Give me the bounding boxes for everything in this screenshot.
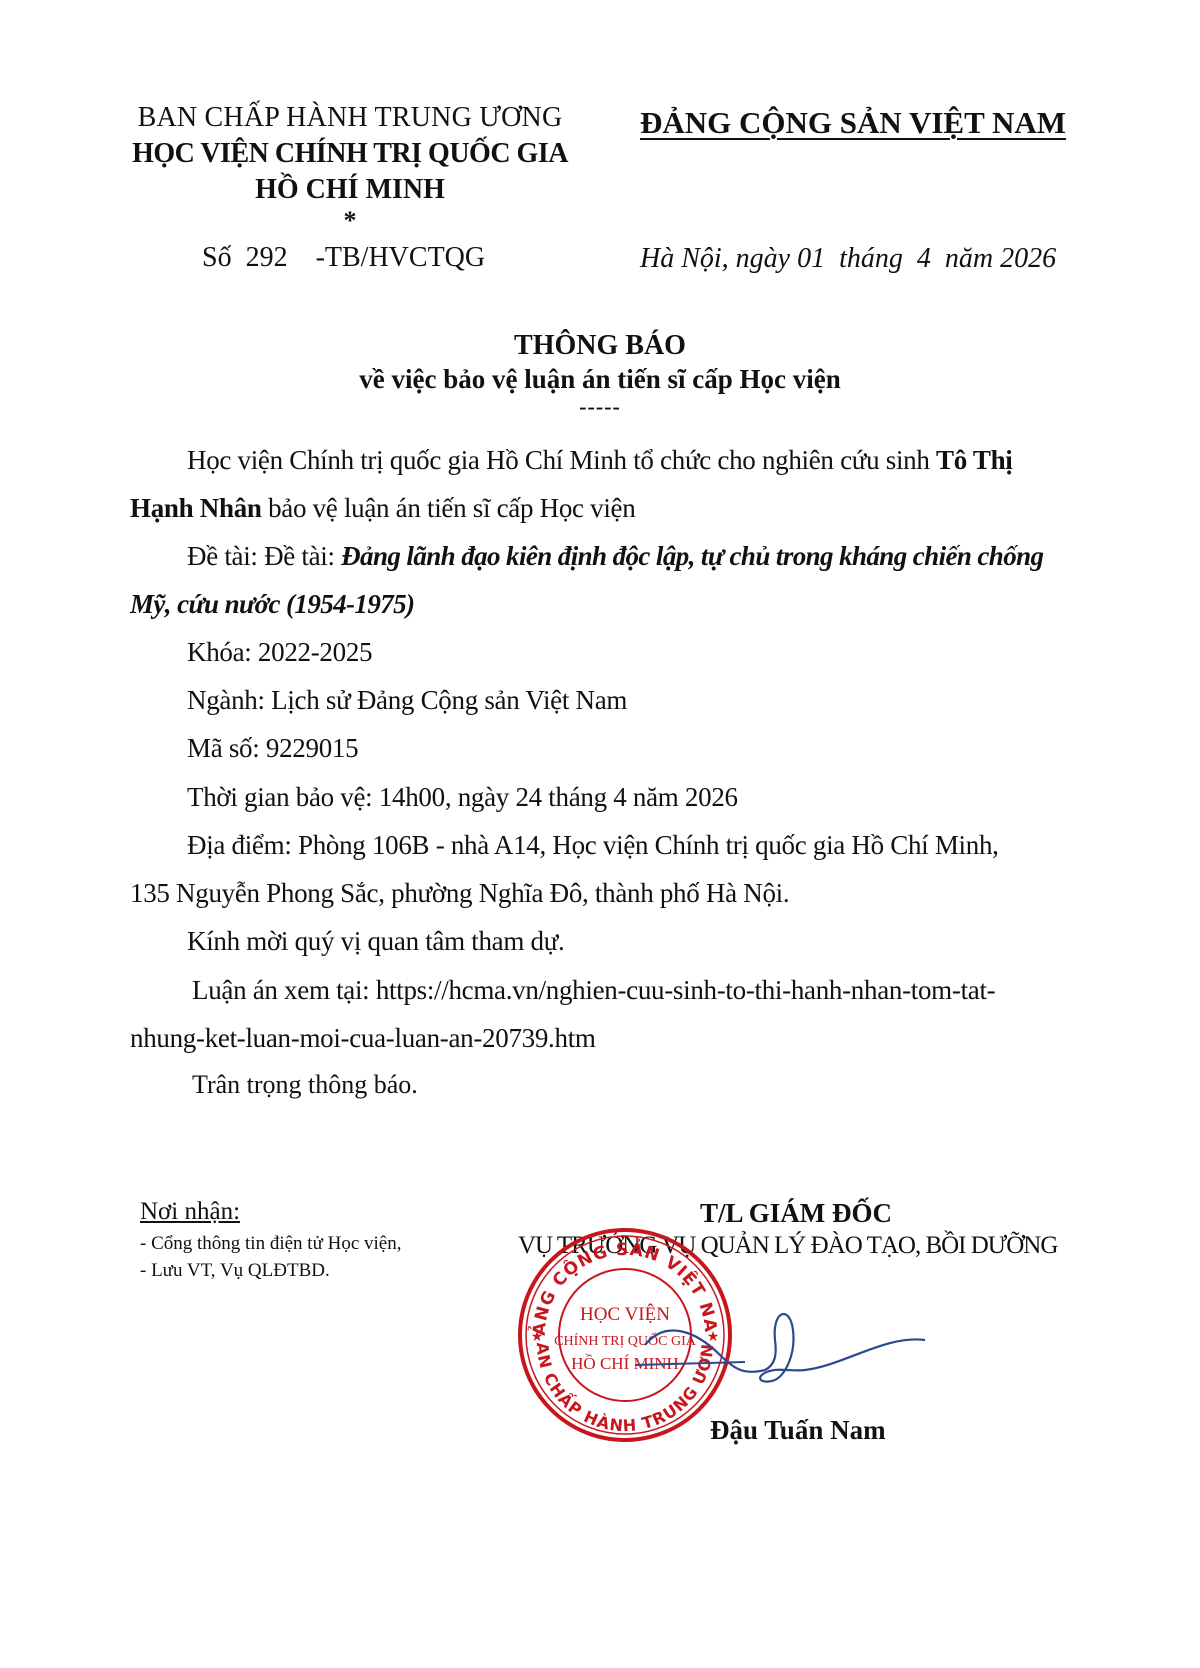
intro-paragraph-line-2: Hạnh Nhân bảo vệ luận án tiến sĩ cấp Học…: [130, 493, 1102, 524]
doc-number-value: 292: [246, 242, 288, 273]
thesis-link[interactable]: https://hcma.vn/nghien-cuu-sinh-to-thi-h…: [376, 975, 996, 1005]
doc-number-code: -TB/HVCTQG: [316, 242, 486, 273]
signer-name: Đậu Tuấn Nam: [710, 1415, 886, 1446]
document-subtitle: về việc bảo vệ luận án tiến sĩ cấp Học v…: [0, 364, 1200, 395]
date-month-label: tháng: [839, 243, 903, 274]
issue-date: Hà Nội, ngày 01 tháng 4 năm 2026: [640, 243, 1056, 275]
topic-line-2: Mỹ, cứu nước (1954-1975): [130, 589, 1102, 620]
intro-text-2: bảo vệ luận án tiến sĩ cấp Học viện: [262, 493, 636, 523]
defense-time-line: Thời gian bảo vệ: 14h00, ngày 24 tháng 4…: [130, 782, 1159, 813]
course-line: Khóa: 2022-2025: [130, 637, 1159, 668]
authority-line-3: HỒ CHÍ MINH: [100, 172, 600, 208]
issuing-authority: BAN CHẤP HÀNH TRUNG ƯƠNG HỌC VIỆN CHÍNH …: [100, 100, 600, 234]
topic-line-1: Đề tài: Đề tài: Đảng lãnh đạo kiên định …: [130, 541, 1159, 572]
intro-paragraph-line-1: Học viện Chính trị quốc gia Hồ Chí Minh …: [130, 445, 1159, 476]
handwritten-signature-icon: [625, 1300, 925, 1410]
date-year: 2026: [1000, 243, 1056, 274]
invitation-line: Kính mời quý vị quan tâm tham dự.: [130, 926, 1159, 957]
location-line-1: Địa điểm: Phòng 106B - nhà A14, Học viện…: [130, 830, 1159, 861]
authority-star: *: [100, 208, 600, 234]
thesis-link-line-1: Luận án xem tại: https://hcma.vn/nghien-…: [130, 975, 1164, 1006]
date-prefix: Hà Nội, ngày: [640, 243, 790, 274]
thesis-link-continued[interactable]: nhung-ket-luan-moi-cua-luan-an-20739.htm: [130, 1023, 596, 1053]
document-number: Số 292 -TB/HVCTQG: [202, 242, 485, 274]
document-title: THÔNG BÁO: [0, 330, 1200, 362]
student-name-part-2: Hạnh Nhân: [130, 493, 262, 523]
doc-number-label: Số: [202, 242, 232, 273]
thesis-link-label: Luận án xem tại:: [192, 975, 376, 1005]
party-heading: ĐẢNG CỘNG SẢN VIỆT NAM: [640, 105, 1066, 141]
authority-line-2: HỌC VIỆN CHÍNH TRỊ QUỐC GIA: [100, 136, 600, 172]
recipient-item: - Cổng thông tin điện tử Học viện,: [140, 1233, 402, 1255]
authority-line-1: BAN CHẤP HÀNH TRUNG ƯƠNG: [100, 100, 600, 136]
recipient-item: - Lưu VT, Vụ QLĐTBD.: [140, 1260, 330, 1282]
title-divider: -----: [0, 394, 1200, 420]
intro-text: Học viện Chính trị quốc gia Hồ Chí Minh …: [187, 445, 936, 475]
date-year-label: năm: [945, 243, 993, 274]
closing-line: Trân trọng thông báo.: [130, 1070, 1164, 1100]
topic-label: Đề tài: Đề tài:: [187, 541, 341, 571]
topic-title: Đảng lãnh đạo kiên định độc lập, tự chủ …: [341, 541, 1043, 571]
svg-text:★: ★: [531, 1330, 544, 1345]
recipients-title: Nơi nhận:: [140, 1198, 240, 1226]
date-month: 4: [917, 243, 931, 274]
date-day: 01: [797, 243, 825, 274]
major-line: Ngành: Lịch sử Đảng Cộng sản Việt Nam: [130, 685, 1159, 716]
student-name-part-1: Tô Thị: [936, 445, 1013, 475]
code-line: Mã số: 9229015: [130, 733, 1159, 764]
location-line-2: 135 Nguyễn Phong Sắc, phường Nghĩa Đô, t…: [130, 878, 1102, 909]
thesis-link-line-2: nhung-ket-luan-moi-cua-luan-an-20739.htm: [130, 1023, 1102, 1054]
